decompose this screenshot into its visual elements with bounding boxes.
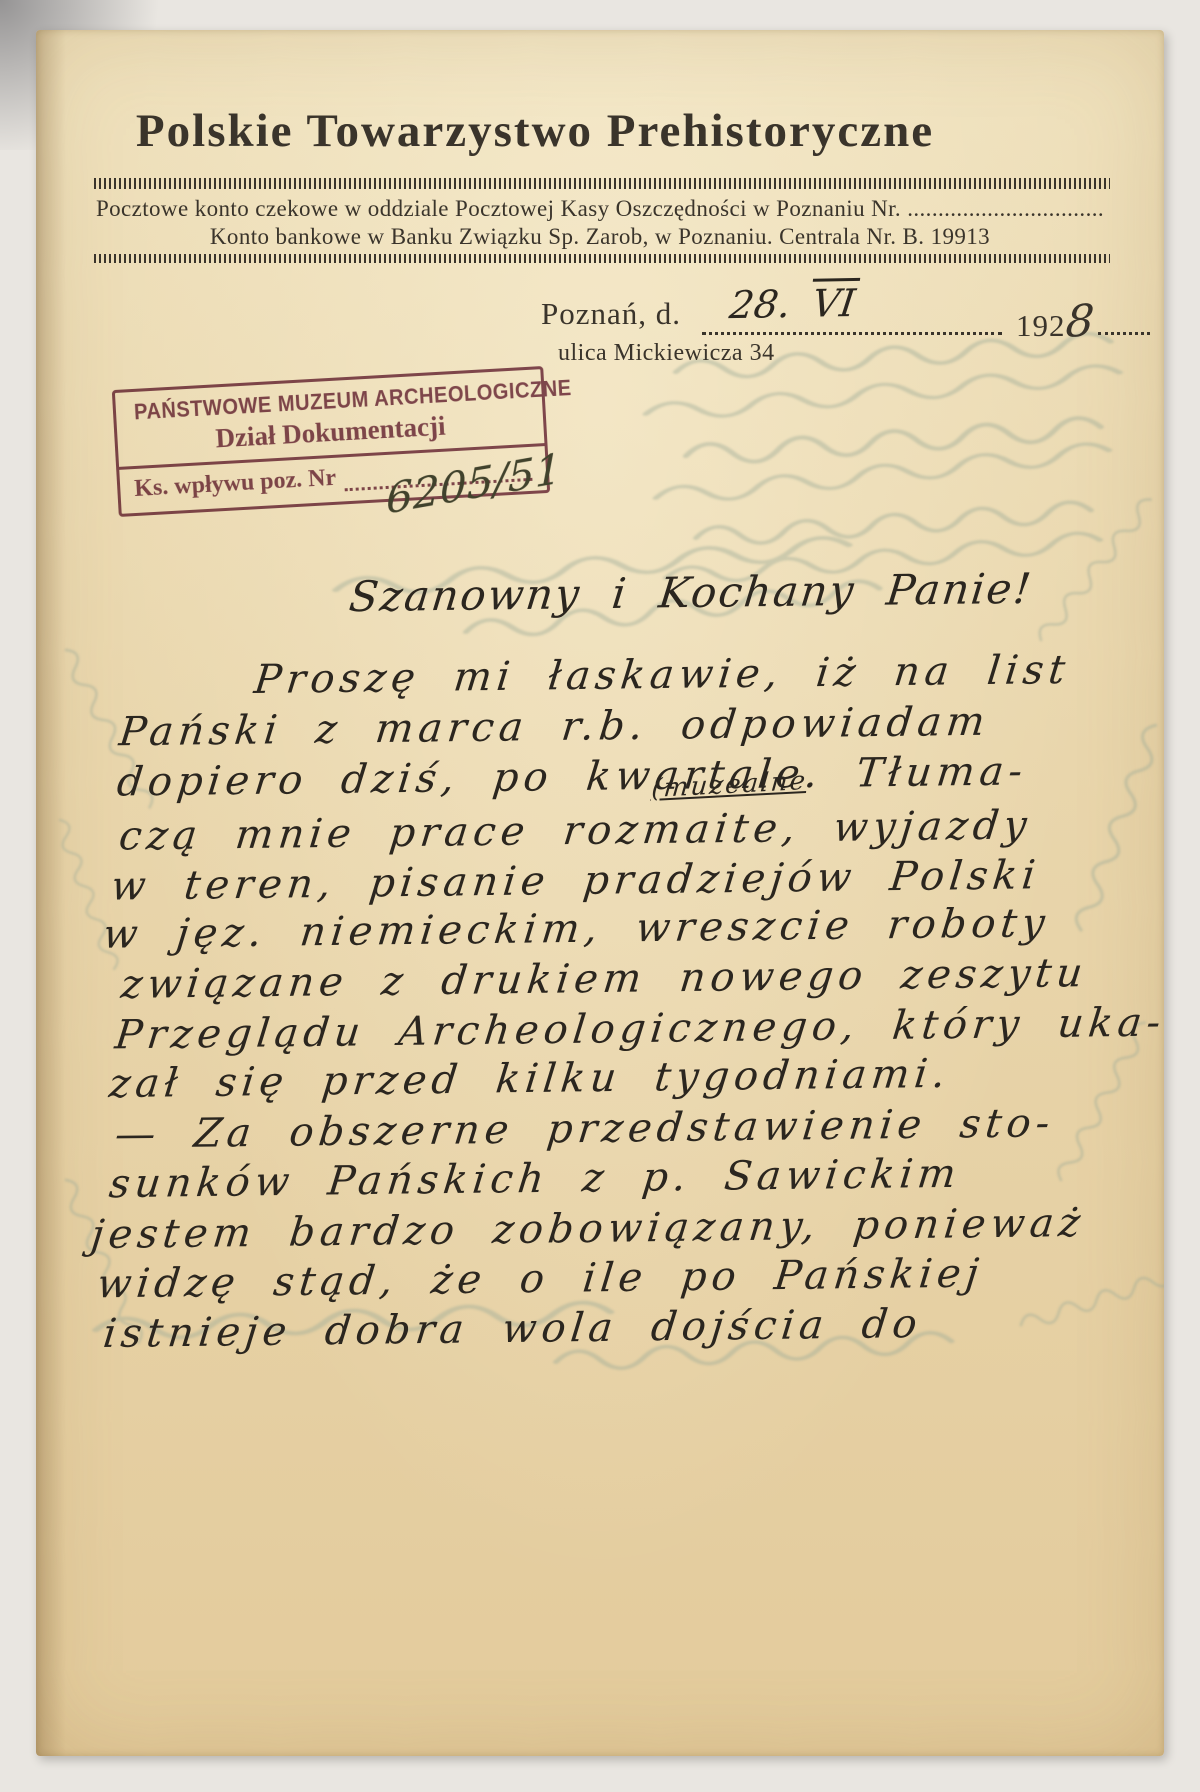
salutation-line: Szanowny i Kochany Panie! xyxy=(347,564,1035,621)
address-line: ulica Mickiewicza 34 xyxy=(558,340,775,367)
letterhead-bank-account-line: Konto bankowe w Banku Związku Sp. Zarob,… xyxy=(80,224,1120,250)
letterhead-rule-bottom xyxy=(94,254,1110,263)
letter-sheet: Polskie Towarzystwo Prehistoryczne Poczt… xyxy=(36,30,1164,1756)
handwriting-line: związane z drukiem nowego zeszytu xyxy=(119,950,1090,1008)
date-year: 1928 xyxy=(1016,296,1095,347)
handwriting-line: Proszę mi łaskawie, iż na list xyxy=(252,647,1072,703)
handwriting-line: istnieje dobra wola dojścia do xyxy=(101,1301,924,1357)
letterhead-rule-top xyxy=(94,178,1110,189)
letterhead-postal-account-line: Pocztowe konto czekowe w oddziale Poczto… xyxy=(80,196,1120,222)
stamp-register-number: 6205/51 xyxy=(386,444,562,524)
date-dotted-line-end xyxy=(1098,302,1150,335)
handwriting-line: Przeglądu Archeologicznego, który uka- xyxy=(113,1000,1168,1059)
handwriting-line: w jęz. niemieckim, wreszcie roboty xyxy=(101,900,1052,958)
handwriting-line: dopiero dziś, po kwartale. Tłuma- xyxy=(115,748,1030,805)
handwriting-line: widzę stąd, że o ile po Pańskiej xyxy=(95,1251,986,1308)
handwriting-line: Pański z marca r.b. odpowiadam xyxy=(117,699,992,756)
handwriting-line: zał się przed kilku tygodniami. xyxy=(107,1051,953,1107)
date-handwritten: 28.VI xyxy=(727,281,860,327)
letterhead-title: Polskie Towarzystwo Prehistoryczne xyxy=(36,104,1034,158)
handwriting-line: sunków Pańskich z p. Sawickim xyxy=(107,1151,963,1207)
museum-stamp: PAŃSTWOWE MUZEUM ARCHEOLOGICZNE Dział Do… xyxy=(112,366,550,517)
handwriting-line: czą mnie prace rozmaite, wyjazdy xyxy=(117,802,1034,859)
handwriting-line: jestem bardzo zobowiązany, ponieważ xyxy=(89,1200,1088,1258)
date-year-handwritten-digit: 8 xyxy=(1064,295,1097,348)
date-place-label: Poznań, d. xyxy=(541,296,681,332)
handwriting-line: — Za obszerne przedstawienie sto- xyxy=(113,1100,1057,1157)
